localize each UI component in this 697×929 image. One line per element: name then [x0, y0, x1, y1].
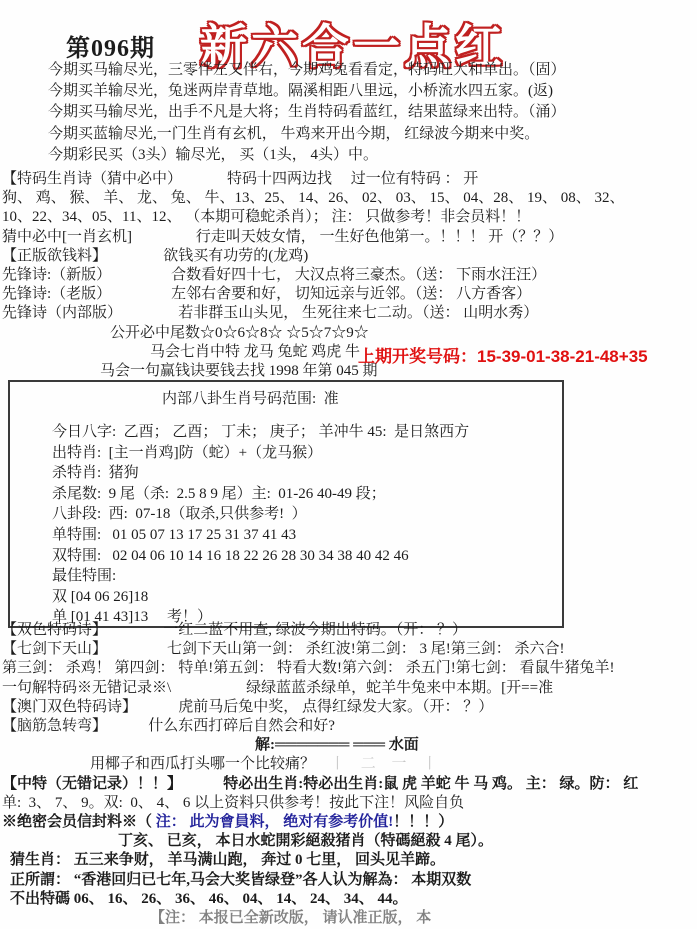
best-shuang-line: 双 [04 06 26]18	[22, 587, 562, 608]
seven-swords-line-1: 【七剑下天山】 七剑下天山第一剑： 杀红波!第二剑： 3 尾!第三剑： 杀六合!	[0, 640, 697, 659]
last-draw-label: 上期开奖号码：	[358, 347, 477, 366]
odd-even-advice-line: 单: 3、 7、 9。双: 0、 4、 6 以上资料只供参考！按此下注！风险自负	[0, 794, 697, 813]
zhengsuowei-line: 正所謂： “香港回归已七年,马会大奖皆绿登”各人认为解為： 本期双数	[0, 871, 697, 890]
bazi-line: 今日八字: 乙酉； 乙酉； 丁未； 庚子； 羊冲牛 45: 是日煞西方	[22, 422, 562, 443]
riddle-2-faded-marks: 丨 二 一 丨	[330, 756, 443, 772]
brain-teaser-line: 【脑筋急转弯】 什么东西打碎后自然会和好?	[0, 717, 697, 736]
sha-wei-shu-line: 杀尾数: 9 尾（杀: 2.5 8 9 尾）主: 01-26 40-49 段；	[22, 484, 562, 505]
teaser-answer-line: 解:═══════ ═══ 水面	[0, 736, 697, 755]
verse-line-2: 今期买羊输尽光，兔迷两岸青草地。隔溪相距八里远，小桥流水四五家。(返)	[0, 81, 697, 102]
riddle-2-line: 用椰子和西瓜打头哪一个比较痛？ 丨 二 一 丨	[0, 755, 697, 774]
tip-sections: 【特码生肖诗（猜中必中） 特码十四两边找 过一位有特码 ： 开 狗、 鸡、 猴、…	[0, 170, 697, 381]
dinghai-snake-line: 丁亥、 已亥， 本日水蛇開彩絕殺猪肖（特碼絕殺 4 尾）。	[0, 832, 697, 851]
zodiac-numbers-line-1: 狗、 鸡、 猴、 羊、 龙、 兔、 牛、13、25、 14、26、 02、 03…	[0, 189, 697, 208]
one-phrase-decode-line: 一句解特码※无错记录※\ 绿绿蓝蓝杀绿单，蛇羊牛兔来中本期。[开==准	[0, 679, 697, 698]
last-draw-result: 上期开奖号码：15-39-01-38-21-48+35	[358, 342, 648, 367]
zhengban-yuqian-line: 【正版欲钱料】 欲钱买有功劳的(龙鸡)	[0, 247, 697, 266]
verse-line-5: 今期彩民买（3头）输尽光， 买（1头， 4头）中。	[0, 145, 697, 166]
xianfeng-poem-new: 先锋诗:（新版） 合数看好四十七， 大汉点将三豪杰。（送： 下雨水汪汪）	[0, 266, 697, 285]
dan-te-wei-line: 单特围: 01 05 07 13 17 25 31 37 41 43	[22, 525, 562, 546]
sha-te-xiao-line: 杀特肖: 猪狗	[22, 463, 562, 484]
one-zodiac-mystery-line: 猜中必中[一肖玄机] 行走叫天妓女情， 一生好色他第一。！！！ 开（？？）	[0, 228, 697, 247]
verse-line-3: 今期买马输尽光，出手不凡是大将；生肖特码看蓝红，结果蓝绿来出特。（涌）	[0, 102, 697, 123]
public-tail-numbers-line: 公开必中尾数☆0☆6☆8☆ ☆5☆7☆9☆	[0, 324, 697, 343]
xianfeng-poem-old: 先锋诗:（老版） 左邻右舍要和好， 切知远亲与近邻。（送： 八方香客）	[0, 285, 697, 304]
bagua-box-spacer	[22, 408, 562, 422]
bottom-sections: 【双色特码诗】 一红二蓝不用查, 绿波今期出特码。（开： ？） 【七剑下天山】 …	[0, 621, 697, 928]
xianfeng-poem-internal: 先锋诗（内部版） 若非群玉山头见， 生死往来七二动。（送： 山明水秀）	[0, 304, 697, 323]
two-color-poem-line: 【双色特码诗】 一红二蓝不用查, 绿波今期出特码。（开： ？）	[0, 621, 697, 640]
macau-two-color-line: 【澳门双色特码诗】 虎前马后兔中奖， 点得红绿发大家。（开： ？）	[0, 698, 697, 717]
secret-member-line: ※绝密会员信封料※（ 注： 此为會員料， 绝对有参考价值!！！！）	[0, 813, 697, 832]
secret-member-highlight: 注： 此为會員料， 绝对有参考价值!	[156, 814, 394, 830]
secret-member-prefix: ※绝密会员信封料※（	[2, 814, 156, 830]
bagua-duan-line: 八卦段: 西: 07-18（取杀,只供参考! ）	[22, 504, 562, 525]
tema-shengxiao-poem-header: 【特码生肖诗（猜中必中） 特码十四两边找 过一位有特码 ： 开	[0, 170, 697, 189]
secret-member-suffix: ！！！）	[393, 814, 453, 830]
verse-line-4: 今期买蓝输尽光,一门生肖有玄机， 牛鸡来开出今期， 红绿波今期来中奖。	[0, 124, 697, 145]
edition-note-line: 【注： 本报已全新改版， 请认准正版， 本	[0, 909, 697, 928]
issue-number: 第096期	[66, 28, 155, 63]
zodiac-numbers-line-2: 10、22、34、05、11、12、 （本期可稳蛇杀肖）； 注： 只做参考！非会…	[0, 208, 697, 227]
last-draw-numbers: 15-39-01-38-21-48+35	[477, 347, 648, 366]
bagua-box: 内部八卦生肖号码范围: 准 今日八字: 乙酉； 乙酉； 丁未； 庚子； 羊冲牛 …	[8, 380, 564, 628]
guess-zodiac-line: 猜生肖： 五三来争财， 羊马满山跑， 奔过 0 七里， 回头见羊蹄。	[0, 851, 697, 870]
excluded-numbers-line: 不出特碼 06、 16、 26、 36、 46、 04、 14、 24、 34、…	[0, 890, 697, 909]
shuang-te-wei-line: 双特围: 02 04 06 10 14 16 18 22 26 28 30 34…	[22, 546, 562, 567]
verse-line-1: 今期买马输尽光，三零伴左又伴右，今期鸡兔看看定，特码旺大和单出。（固）	[0, 60, 697, 81]
bagua-box-title: 内部八卦生肖号码范围: 准	[22, 390, 562, 408]
chu-te-xiao-line: 出特肖: [主一肖鸡]防（蛇）+（龙马猴）	[22, 443, 562, 464]
lottery-tip-sheet: 第096期 新六合一点红 今期买马输尽光，三零伴左又伴右，今期鸡兔看看定，特码旺…	[0, 0, 697, 929]
zhongte-record-line: 【中特（无错记录）！！】 特必出生肖:特必出生肖:鼠 虎 羊蛇 牛 马 鸡。 主…	[0, 775, 697, 794]
seven-swords-line-2: 第三剑： 杀鸡！ 第四剑： 特单!第五剑： 特看大数!第六剑： 杀五门!第七剑：…	[0, 659, 697, 678]
riddle-2-text: 用椰子和西瓜打头哪一个比较痛？	[90, 756, 315, 772]
opening-verses: 今期买马输尽光，三零伴左又伴右，今期鸡兔看看定，特码旺大和单出。（固） 今期买羊…	[0, 60, 697, 166]
best-te-wei-label: 最佳特围:	[22, 566, 562, 587]
